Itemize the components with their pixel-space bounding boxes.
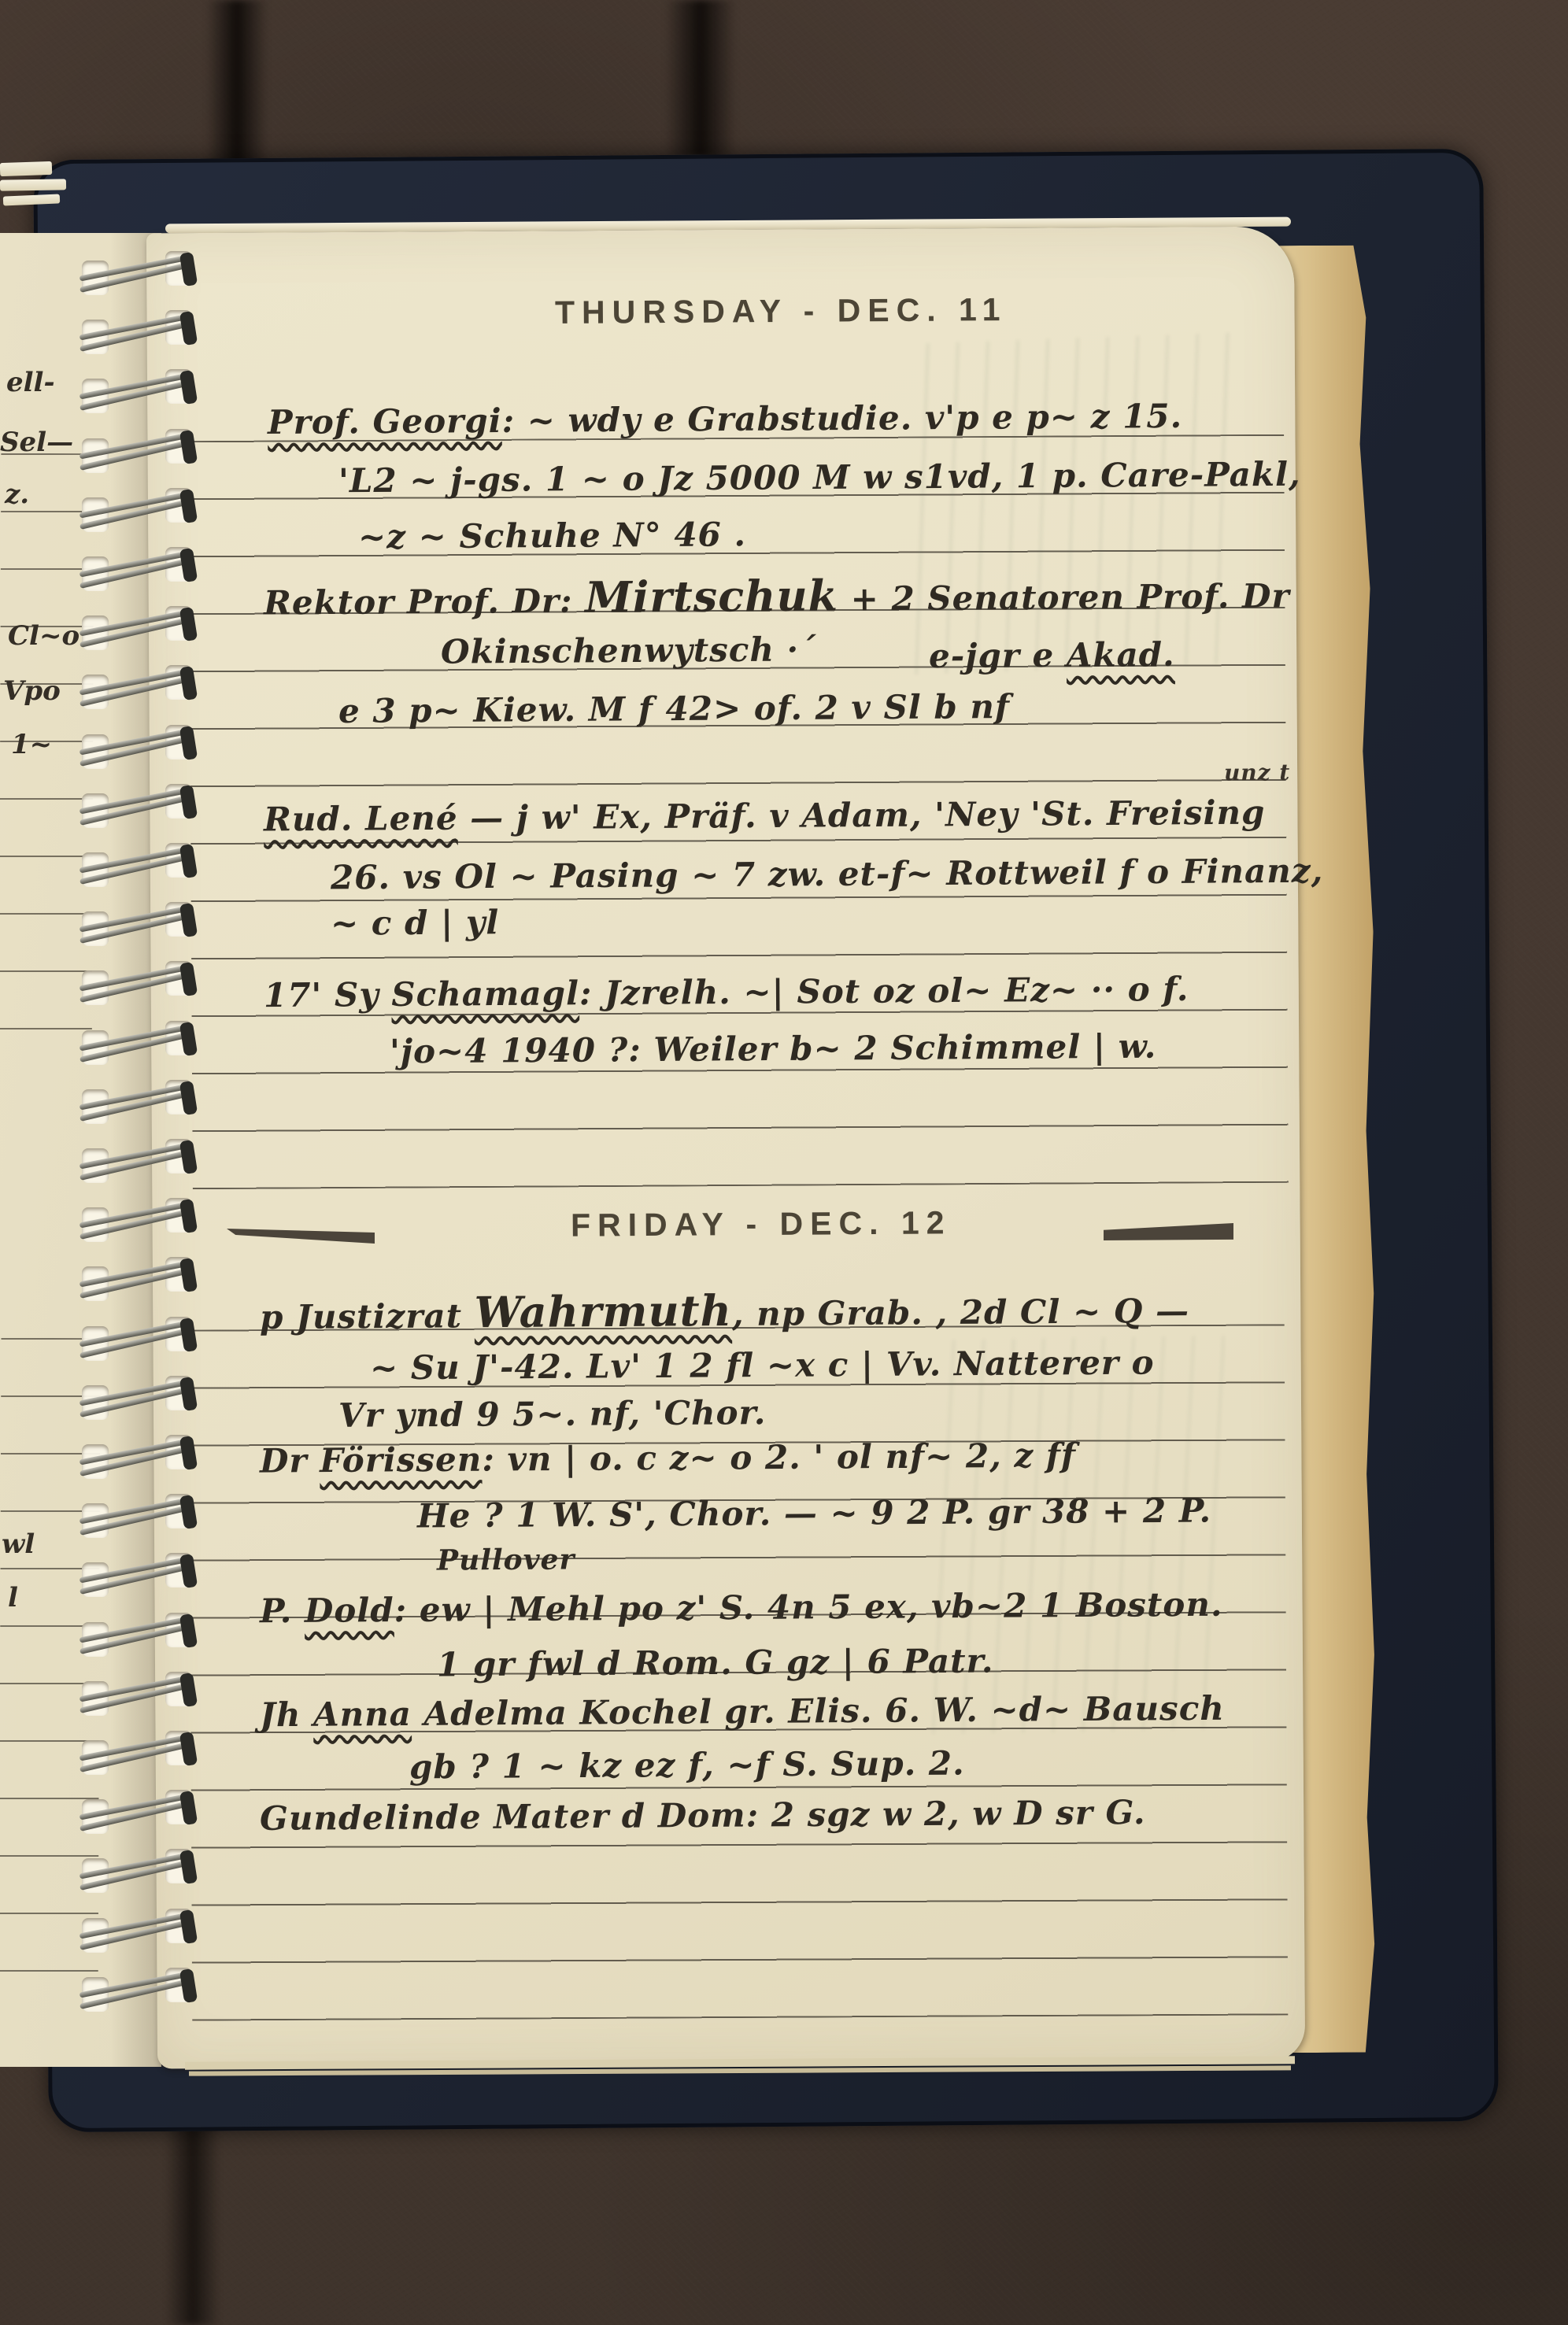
binding-coil — [77, 783, 197, 830]
handwriting-text: 'L2 ~ j-gs. 1 ~ o Jz 5000 M w s1vd, 1 p.… — [338, 455, 1301, 501]
handwriting-text: Vr ynd 9 5~. nf, 'Chor. — [338, 1393, 767, 1435]
handwriting-line: He ? 1 W. S', Chor. — ~ 9 2 P. gr 38 + 2… — [417, 1494, 1211, 1532]
handwriting-line: P. Dold: ew | Mehl po z' S. 4n 5 ex, vb~… — [260, 1588, 1223, 1628]
handwriting-line: e-jgr e Akad. — [929, 638, 1175, 673]
handwriting-text: Jh — [260, 1695, 313, 1734]
handwriting-line: p Justizrat Wahrmuth, np Grab. , 2d Cl ~… — [260, 1286, 1189, 1335]
handwriting-line: ~ Su J'-42. Lv' 1 2 fl ~x c | Vv. Natter… — [370, 1347, 1155, 1385]
binding-coil — [77, 1256, 197, 1303]
underlined-word: Akad. — [1067, 635, 1175, 675]
binding-coil — [77, 1552, 197, 1599]
handwriting-line: Rektor Prof. Dr: Mirtschuk + 2 Senatoren… — [264, 571, 1290, 620]
underlined-word: Prof. Georgi — [268, 401, 502, 442]
binding-coil — [77, 1908, 197, 1955]
handwriting-text: 1 gr fwl d Rom. G gz | 6 Patr. — [437, 1642, 994, 1684]
handwriting-line: Prof. Georgi: ~ wdy e Grabstudie. v'p e … — [268, 400, 1182, 439]
handwriting-text: Okinschenwytsch ·´ — [441, 630, 816, 671]
binding-coil — [77, 1138, 197, 1185]
handwriting-text: 'jo~4 1940 ?: Weiler b~ 2 Schimmel | w. — [390, 1027, 1157, 1071]
binding-coil — [77, 1316, 197, 1363]
handwriting-line: ~ c d | yl — [331, 906, 500, 940]
binding-coil — [77, 368, 197, 416]
left-page-fragment: z. — [5, 479, 29, 510]
thursday-header: THURSDAY - DEC. 11 — [555, 291, 1008, 331]
diary-photo-scene: ell- Sel— z. Cl~o Vpo 1~ wl l THURSDAY -… — [0, 0, 1568, 2325]
binding-coil — [77, 1967, 197, 2014]
handwriting-text: — j w' Ex, Präf. v Adam, 'Ney 'St. Freis… — [457, 793, 1265, 837]
binding-coil — [77, 1730, 197, 1777]
handwriting-text: ~z ~ Schuhe N° 46 . — [358, 515, 746, 556]
handwriting-line: Vr ynd 9 5~. nf, 'Chor. — [338, 1396, 767, 1432]
binding-coil — [77, 960, 197, 1007]
underlined-word: Förissen — [320, 1440, 483, 1480]
handwriting-text: e-jgr e — [929, 636, 1067, 675]
handwriting-line: 1 gr fwl d Rom. G gz | 6 Patr. — [437, 1645, 994, 1682]
handwriting-text: P. — [260, 1591, 305, 1630]
binding-coil — [77, 428, 197, 475]
handwriting-text: ~ c d | yl — [331, 903, 500, 942]
handwriting-text: ~ Su J'-42. Lv' 1 2 fl ~x c | Vv. Natter… — [370, 1344, 1155, 1388]
handwriting-text: : ~ wdy e Grabstudie. v'p e p~ z 15. — [501, 397, 1182, 440]
handwriting-text: Rektor Prof. Dr: — [264, 582, 585, 623]
binding-coil — [77, 250, 197, 298]
handwriting-text: e 3 p~ Kiew. M f 42> of. 2 v Sl b nf — [338, 687, 1010, 730]
binding-coil — [77, 1612, 197, 1659]
paper-tab — [0, 179, 66, 190]
handwriting-line: Pullover — [437, 1545, 575, 1574]
binding-coil — [77, 1197, 197, 1244]
binding-coil — [77, 1079, 197, 1126]
handwriting-line: gb ? 1 ~ kz ez f, ~f S. Sup. 2. — [409, 1747, 965, 1784]
handwriting-text: He ? 1 W. S', Chor. — ~ 9 2 P. gr 38 + 2… — [417, 1491, 1211, 1535]
paper-tab — [0, 161, 52, 176]
left-page-fragment: ell- — [6, 367, 55, 398]
ink-bleedthrough — [900, 333, 1241, 675]
handwriting-line: Okinschenwytsch ·´ — [441, 633, 816, 668]
handwriting-line: 'jo~4 1940 ?: Weiler b~ 2 Schimmel | w. — [390, 1030, 1157, 1069]
binding-coil — [77, 1020, 197, 1067]
binding-coil — [77, 605, 197, 652]
handwriting-text: 17' Sy — [264, 975, 392, 1015]
left-page-fragment: 1~ — [11, 729, 52, 760]
binding-coil — [77, 1434, 197, 1481]
binding-coil — [77, 1789, 197, 1836]
handwriting-text: Dr — [260, 1441, 320, 1480]
binding-coil — [77, 487, 197, 534]
underlined-word: Schamagl — [391, 974, 579, 1014]
handwriting-line: 26. vs Ol ~ Pasing ~ 7 zw. et-f~ Rottwei… — [331, 855, 1324, 895]
binding-coil — [77, 1493, 197, 1540]
handwriting-line: Gundelinde Mater d Dom: 2 sgz w 2, w D s… — [260, 1796, 1146, 1835]
handwriting-line: Dr Förissen: vn | o. c z~ o 2. ' ol nf~ … — [260, 1439, 1076, 1477]
handwriting-line: Rud. Lené — j w' Ex, Präf. v Adam, 'Ney … — [264, 797, 1266, 837]
handwriting-text: Gundelinde Mater d Dom: 2 sgz w 2, w D s… — [260, 1793, 1146, 1838]
binding-coil — [77, 1671, 197, 1718]
binding-coil — [77, 1848, 197, 1895]
handwriting-line: 'L2 ~ j-gs. 1 ~ o Jz 5000 M w s1vd, 1 p.… — [338, 458, 1301, 498]
handwriting-text: : vn | o. c z~ o 2. ' ol nf~ 2, z ff — [482, 1436, 1076, 1478]
handwriting-line: e 3 p~ Kiew. M f 42> of. 2 v Sl b nf — [338, 690, 1010, 728]
handwriting-text: p Justizrat — [260, 1296, 475, 1336]
left-page-fragment: Cl~o — [8, 620, 80, 652]
binding-coil — [77, 546, 197, 593]
binding-coil — [77, 664, 197, 712]
binding-coil — [77, 309, 197, 357]
handwriting-line: Jh Anna Adelma Kochel gr. Elis. 6. W. ~d… — [260, 1692, 1225, 1732]
background-shadow-band — [206, 0, 268, 181]
binding-coil — [77, 842, 197, 889]
handwriting-text: gb ? 1 ~ kz ez f, ~f S. Sup. 2. — [409, 1744, 965, 1787]
handwriting-text: + 2 Senatoren Prof. Dr — [838, 576, 1290, 618]
handwriting-text: , np Grab. , 2d Cl ~ Q — — [732, 1292, 1189, 1333]
handwriting-text: : Jzrelh. ~| Sot oz ol~ Ez~ ·· o f. — [579, 970, 1189, 1012]
binding-coil — [77, 901, 197, 948]
handwriting-text: : ew | Mehl po z' S. 4n 5 ex, vb~2 1 Bos… — [394, 1585, 1222, 1629]
handwriting-line: 17' Sy Schamagl: Jzrelh. ~| Sot oz ol~ E… — [264, 973, 1189, 1012]
background-shadow-band — [665, 0, 736, 157]
handwriting-text: Pullover — [437, 1543, 575, 1576]
binding-coil — [77, 1375, 197, 1422]
underlined-word: Wahrmuth — [474, 1285, 732, 1337]
handwriting-text: 26. vs Ol ~ Pasing ~ 7 zw. et-f~ Rottwei… — [331, 852, 1324, 897]
superscript-note: unz t — [1224, 762, 1290, 785]
underlined-word: Dold — [305, 1591, 394, 1630]
underlined-word: Rud. Lené — [264, 799, 458, 839]
left-page-fragment: Sel— — [0, 427, 73, 458]
handwriting-text: Adelma Kochel gr. Elis. 6. W. ~d~ Bausch — [412, 1689, 1225, 1733]
binding-coil — [77, 724, 197, 771]
handwriting-line: ~z ~ Schuhe N° 46 . — [358, 518, 746, 553]
name-emphasis: Mirtschuk — [585, 570, 838, 622]
friday-header: FRIDAY - DEC. 12 — [571, 1204, 952, 1244]
underlined-word: Anna — [313, 1695, 412, 1734]
left-page-fragment: Vpo — [3, 675, 61, 707]
left-page-fragment: wl — [2, 1528, 35, 1560]
left-page-fragment: l — [8, 1582, 18, 1613]
